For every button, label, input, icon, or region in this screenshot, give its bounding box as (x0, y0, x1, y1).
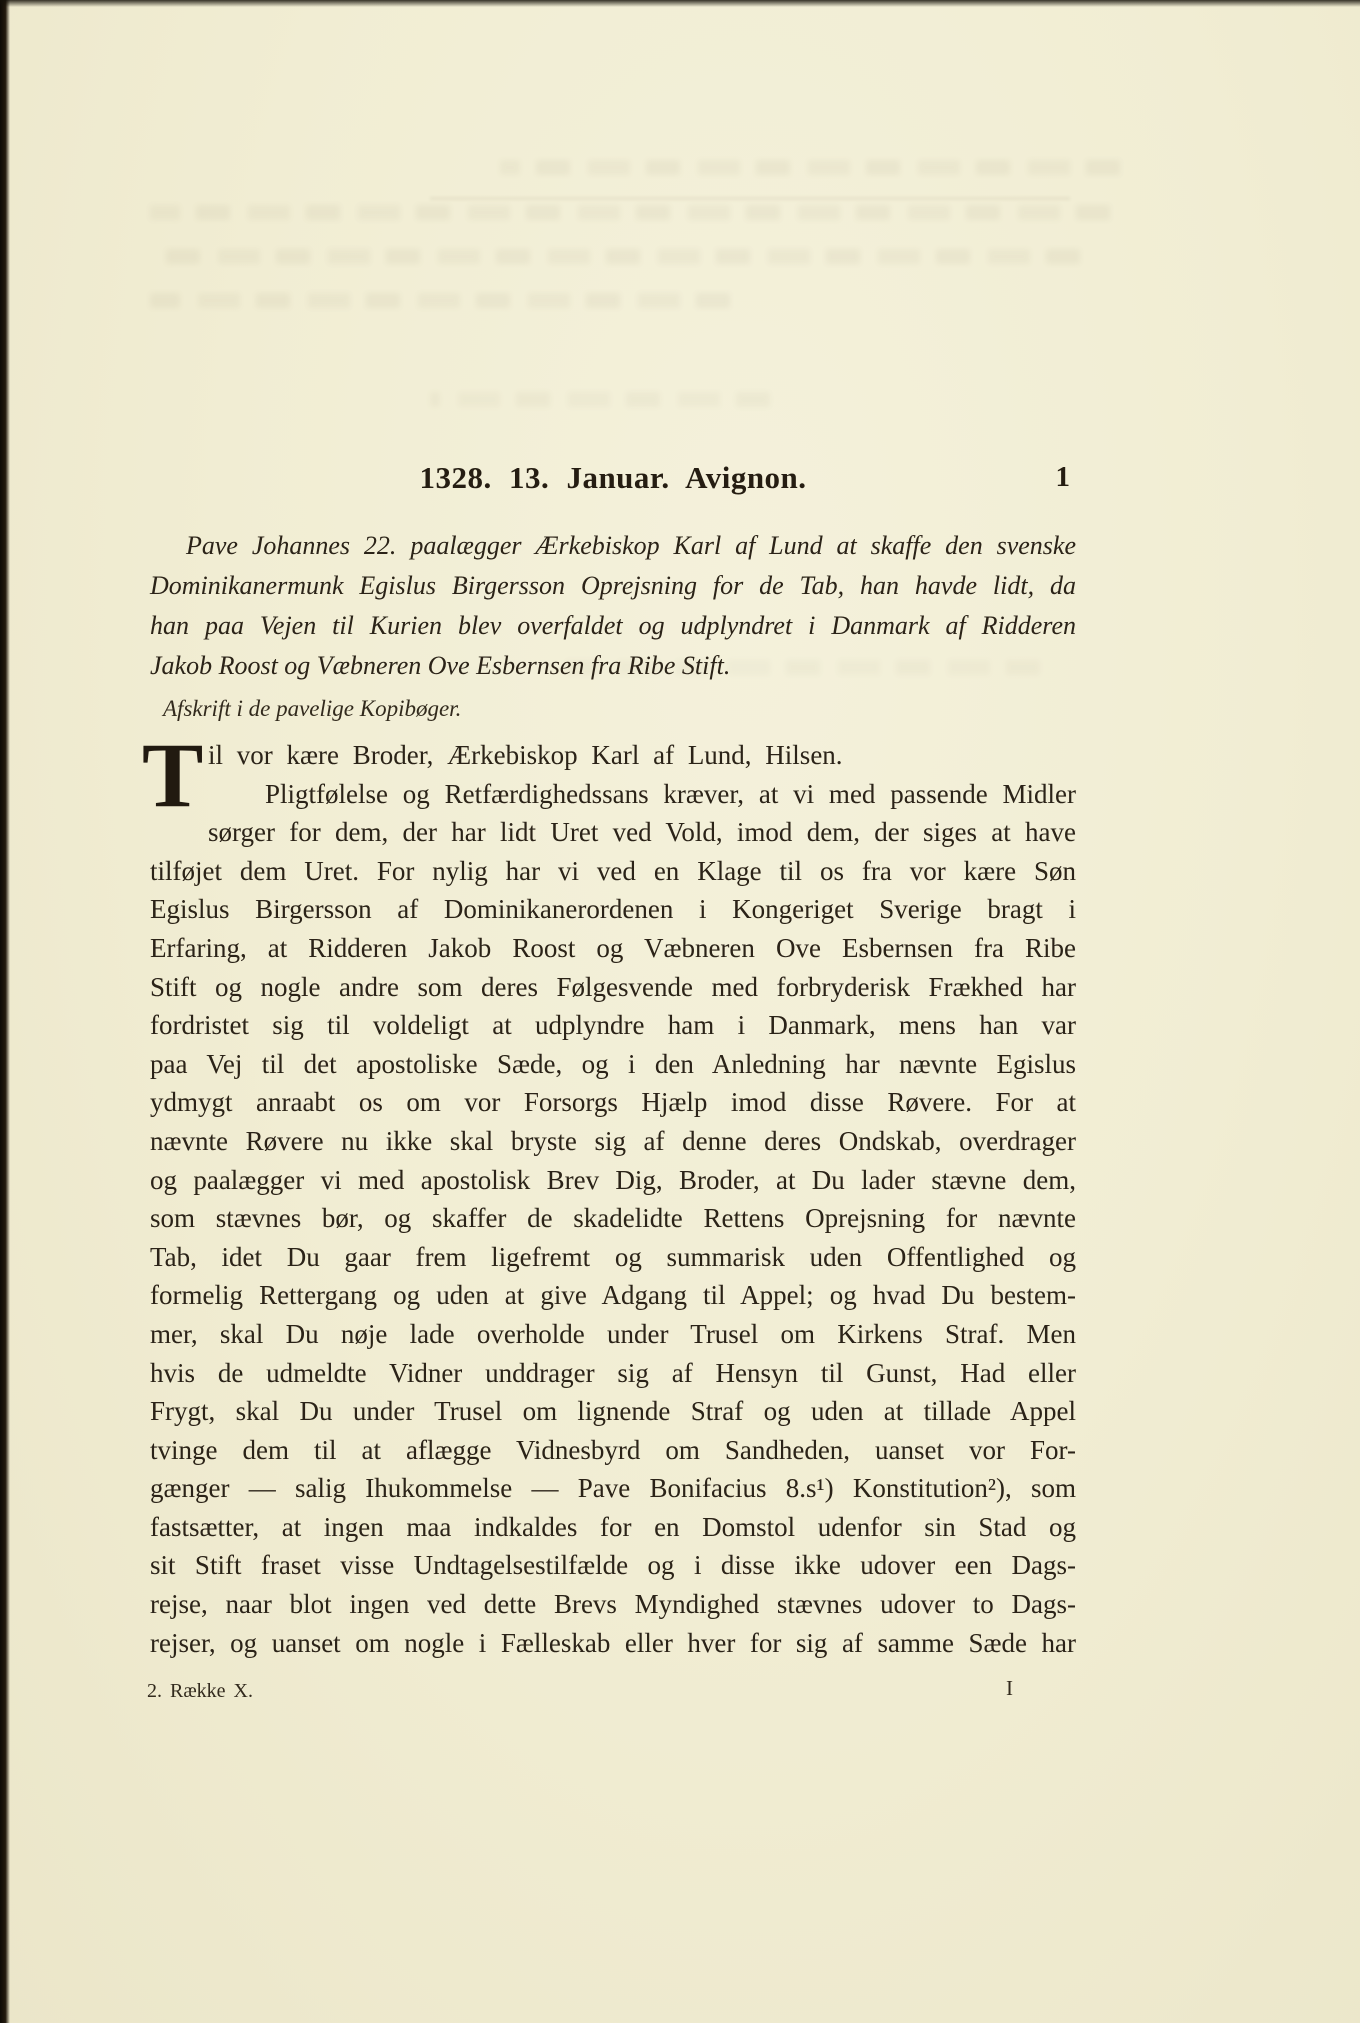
body-line: sørger for dem, der har lidt Uret ved Vo… (150, 813, 1076, 852)
body-line: Pligtfølelse og Retfærdighedssans kræver… (150, 775, 1076, 814)
body-line: Stift og nogle andre som deres Følgesven… (150, 968, 1076, 1007)
bleed-through-ghost (430, 392, 770, 407)
body-line: paa Vej til det apostoliske Sæde, og i d… (150, 1045, 1076, 1084)
body-line: tvinge dem til at aflægge Vidnesbyrd om … (150, 1431, 1076, 1470)
bleed-through-ghost (150, 293, 730, 308)
body-line: mer, skal Du nøje lade overholde under T… (150, 1315, 1076, 1354)
body-line: fordristet sig til voldeligt at udplyndr… (150, 1006, 1076, 1045)
summary-paragraph: Pave Johannes 22. paalægger Ærkebiskop K… (150, 526, 1076, 686)
body-line: som stævnes bør, og skaffer de skadelidt… (150, 1199, 1076, 1238)
summary-line: Jakob Roost og Væbneren Ove Esbernsen fr… (150, 646, 1076, 686)
body-paragraph: T il vor kære Broder, Ærkebiskop Karl af… (150, 736, 1076, 1662)
scanned-book-page: { "header": { "title": "1328. 13. Januar… (0, 0, 1360, 2023)
bleed-through-ghost (500, 160, 1120, 175)
body-line: tilføjet dem Uret. For nylig har vi ved … (150, 852, 1076, 891)
summary-line: han paa Vejen til Kurien blev overfaldet… (150, 606, 1076, 646)
body-line: rejse, naar blot ingen ved dette Brevs M… (150, 1585, 1076, 1624)
page-header: 1328. 13. Januar. Avignon. 1 (150, 460, 1076, 496)
summary-line: Pave Johannes 22. paalægger Ærkebiskop K… (150, 526, 1076, 566)
summary-line: Dominikanermunk Egislus Birgersson Oprej… (150, 566, 1076, 606)
body-line: Erfaring, at Ridderen Jakob Roost og Væb… (150, 929, 1076, 968)
body-line: gænger — salig Ihukommelse — Pave Bonifa… (150, 1469, 1076, 1508)
body-line: fastsætter, at ingen maa indkaldes for e… (150, 1508, 1076, 1547)
bleed-through-ghost (150, 205, 1110, 220)
body-line: hvis de udmeldte Vidner unddrager sig af… (150, 1354, 1076, 1393)
body-line: il vor kære Broder, Ærkebiskop Karl af L… (150, 736, 1076, 775)
body-line: Tab, idet Du gaar frem ligefremt og summ… (150, 1238, 1076, 1277)
left-edge-shadow (0, 0, 10, 2023)
body-line: sit Stift fraset visse Undtagelsestilfæl… (150, 1546, 1076, 1585)
body-lines: il vor kære Broder, Ærkebiskop Karl af L… (150, 736, 1076, 1662)
body-line: og paalægger vi med apostolisk Brev Dig,… (150, 1161, 1076, 1200)
body-line: rejser, og uanset om nogle i Fælleskab e… (150, 1624, 1076, 1663)
body-line: nævnte Røvere nu ikke skal bryste sig af… (150, 1122, 1076, 1161)
series-footnote: 2. Række X. (147, 1680, 253, 1703)
body-line: ydmygt anraabt os om vor Forsorgs Hjælp … (150, 1083, 1076, 1122)
drop-cap: T (142, 738, 208, 814)
body-line: formelig Rettergang og uden at give Adga… (150, 1276, 1076, 1315)
body-line: Frygt, skal Du under Trusel om lignende … (150, 1392, 1076, 1431)
bleed-through-rule (430, 197, 1070, 200)
page-number: 1 (1056, 461, 1071, 494)
signature-mark: I (1006, 1676, 1013, 1701)
page-title: 1328. 13. Januar. Avignon. (150, 460, 1076, 496)
bleed-through-ghost (150, 249, 1080, 264)
source-note: Afskrift i de pavelige Kopibøger. (163, 696, 461, 722)
top-edge-shadow (0, 0, 1360, 7)
body-line: Egislus Birgersson af Dominikanerordenen… (150, 890, 1076, 929)
